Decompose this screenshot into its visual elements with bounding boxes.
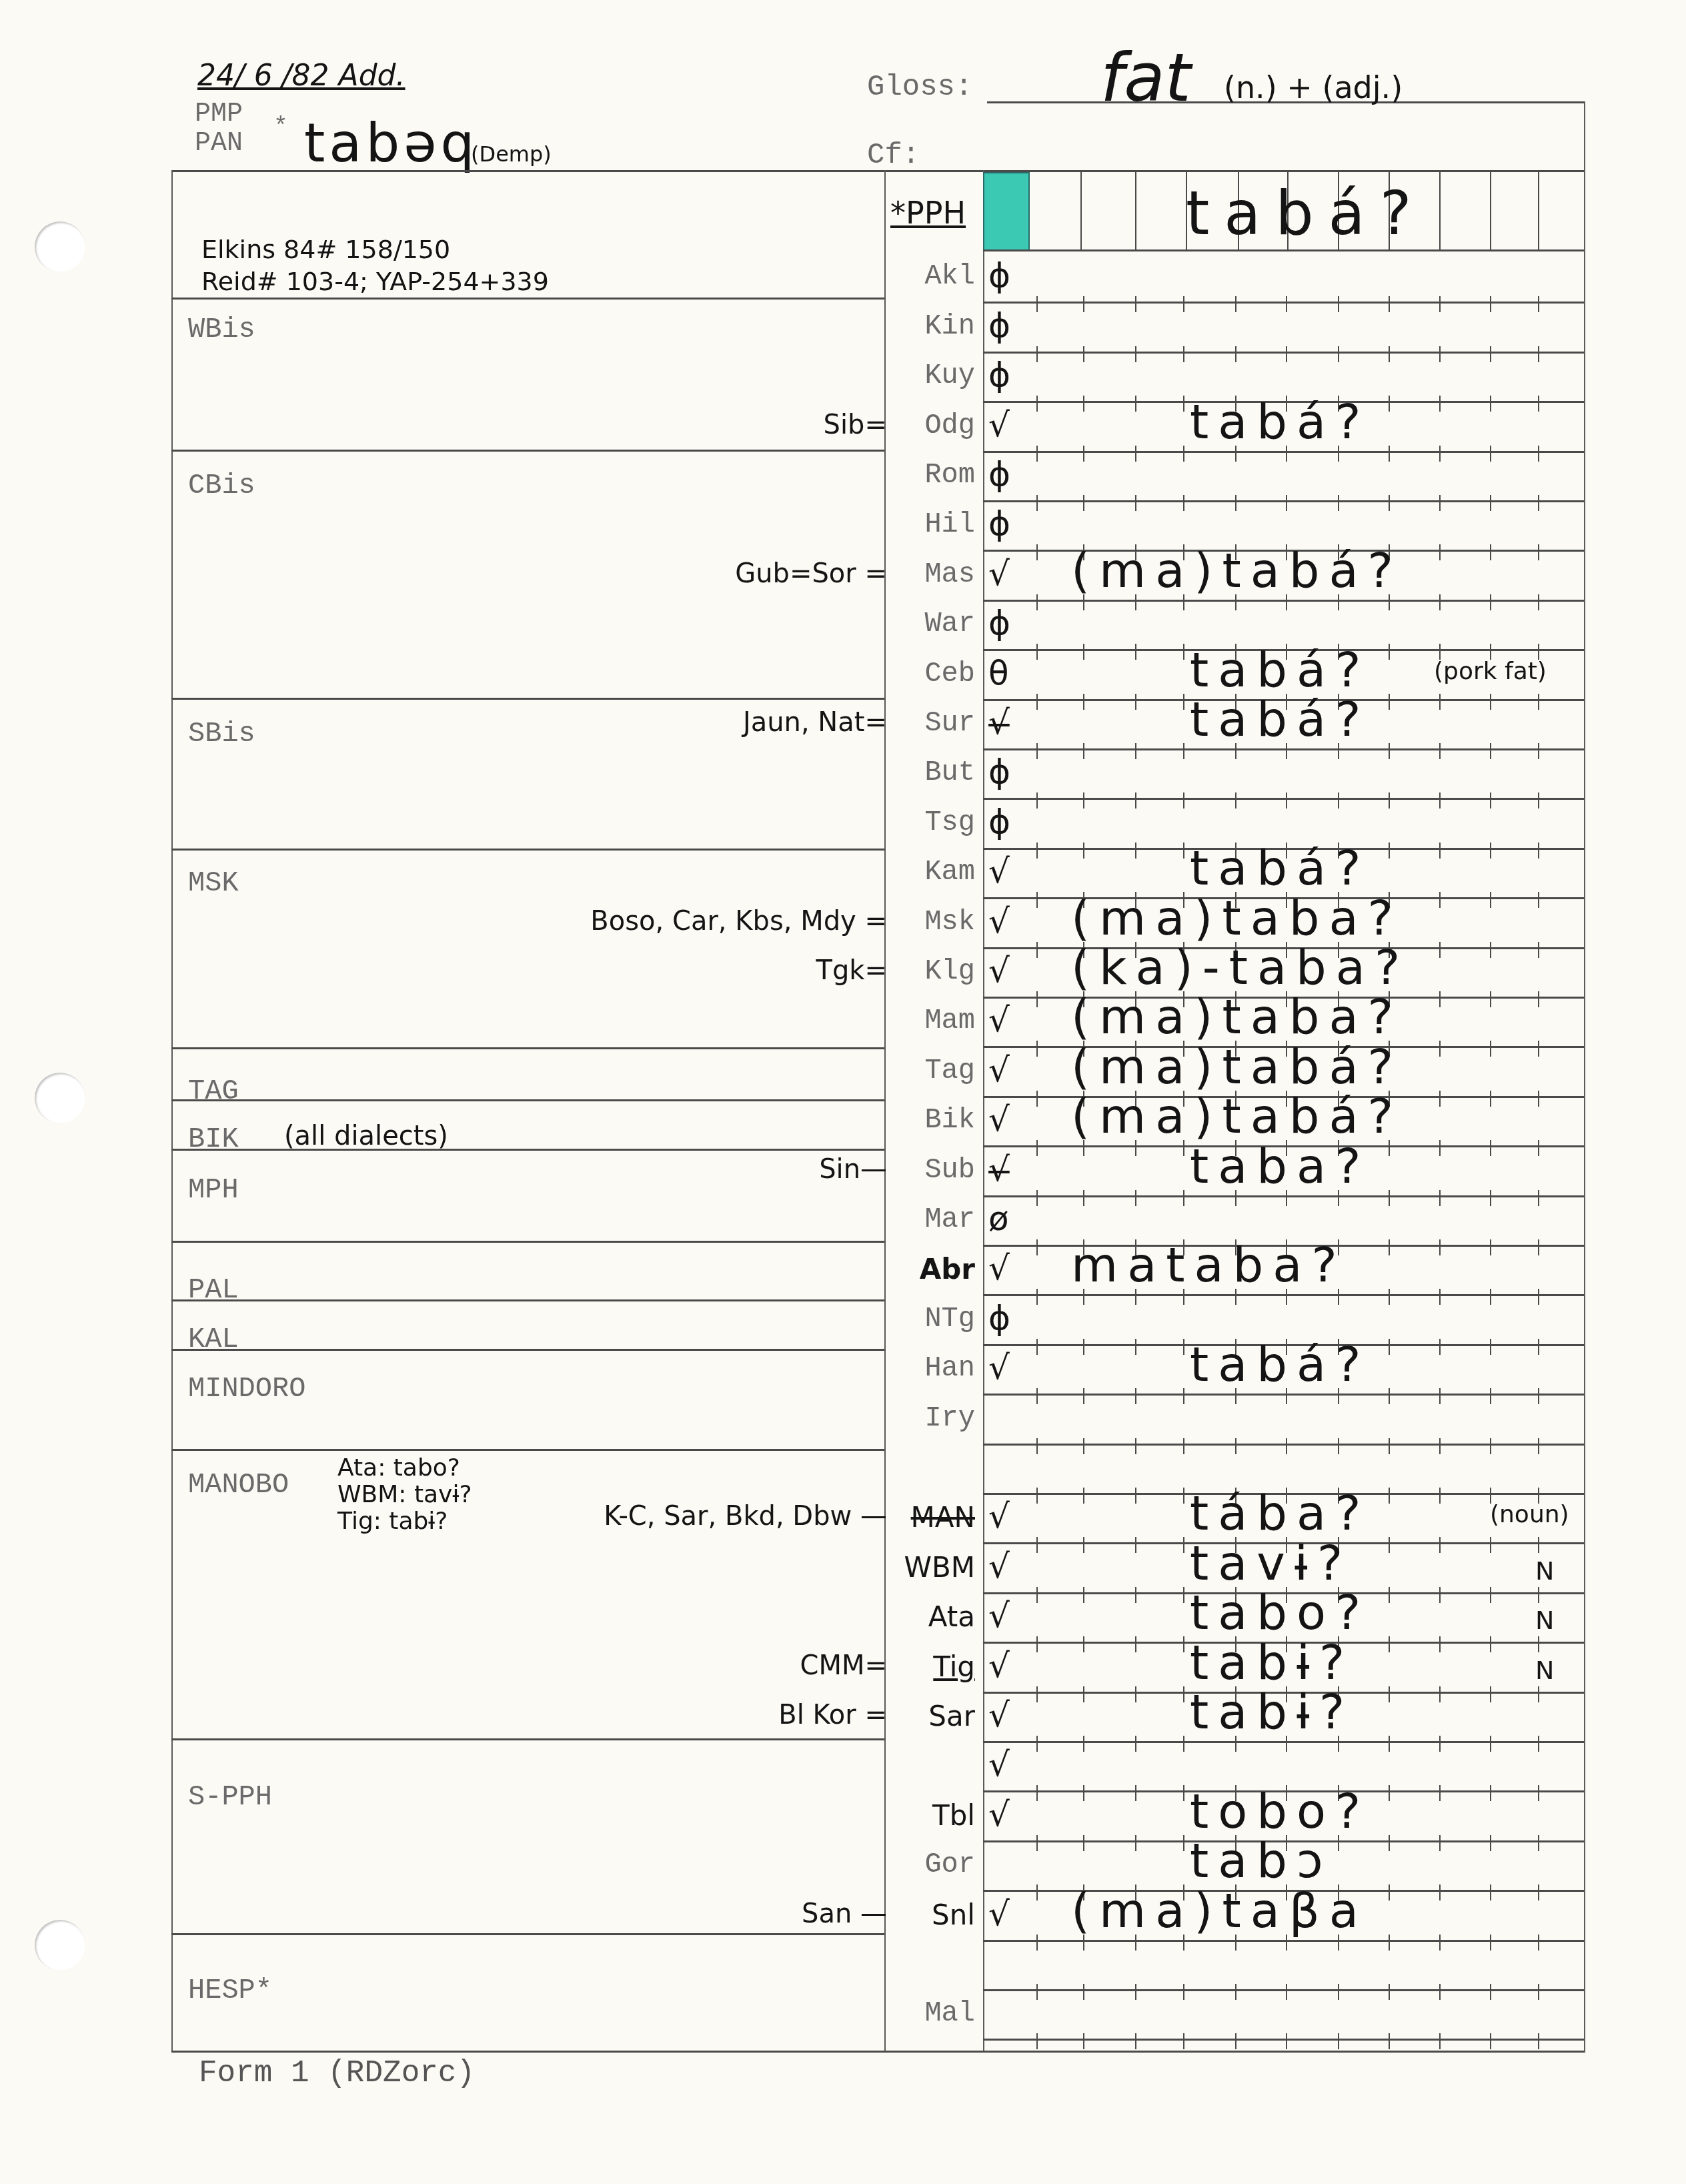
- row-tick: [1490, 1339, 1491, 1355]
- row-tick: [1490, 396, 1491, 412]
- row-tick: [1439, 1190, 1441, 1206]
- row-tick: [1183, 1488, 1184, 1504]
- cognate-mark: ϕ: [988, 802, 1010, 841]
- row-tick: [1389, 1984, 1390, 2000]
- row-tick: [1036, 1984, 1038, 2000]
- form-footer: Form 1 (RDZorc): [199, 2056, 475, 2091]
- row-tick: [1036, 1289, 1038, 1305]
- language-code: Iry: [875, 1402, 975, 1434]
- reference-line-1: Elkins 84# 158/150: [201, 235, 450, 264]
- row-tick: [1183, 346, 1184, 362]
- proto-label: *PPH: [890, 195, 966, 231]
- row-tick: [1490, 743, 1491, 759]
- row-tick: [1183, 2033, 1184, 2049]
- row-tick: [1490, 694, 1491, 710]
- language-code: Odg: [875, 410, 975, 442]
- row-tick: [1083, 2033, 1084, 2049]
- language-code: Ata: [875, 1600, 975, 1633]
- row-tick: [1338, 1984, 1339, 2000]
- row-tick: [1490, 1935, 1491, 1951]
- row-tick: [1389, 1736, 1390, 1752]
- reflex-form: tabá?: [1190, 840, 1370, 896]
- row-tick: [1538, 1537, 1539, 1553]
- row-line: [983, 451, 1584, 453]
- cf-label: Cf:: [867, 139, 920, 172]
- binder-hole-top: [35, 221, 85, 272]
- row-tick: [1389, 1884, 1390, 1900]
- row-tick: [1083, 694, 1084, 710]
- row-tick: [1338, 495, 1339, 511]
- row-tick: [1490, 1785, 1491, 1801]
- row-tick: [1490, 1091, 1491, 1107]
- cognate-mark: ϕ: [988, 455, 1010, 494]
- cognate-mark: θ: [988, 654, 1009, 692]
- row-tick: [1490, 544, 1491, 560]
- row-tick: [1135, 1587, 1136, 1603]
- row-tick: [1490, 1239, 1491, 1255]
- language-code: Abr: [875, 1253, 975, 1285]
- row-tick: [1235, 346, 1236, 362]
- row-tick: [1036, 991, 1038, 1007]
- row-tick: [1135, 396, 1136, 412]
- row-tick: [1490, 792, 1491, 808]
- level-pmp: PMP: [195, 101, 243, 128]
- row-tick: [1439, 446, 1441, 462]
- dialect-note: Jaun, Nat=: [20, 707, 887, 738]
- row-tick: [1286, 296, 1287, 312]
- language-code: Tig: [875, 1650, 975, 1683]
- section-label: TAG: [188, 1075, 239, 1107]
- row-tick: [1286, 1438, 1287, 1454]
- dialect-note: Tgk=: [20, 955, 887, 986]
- row-tick: [1036, 346, 1038, 362]
- row-tick: [1183, 1785, 1184, 1801]
- row-tick: [1439, 942, 1441, 958]
- row-tick: [1490, 1884, 1491, 1900]
- row-tick: [1036, 843, 1038, 859]
- row-tick: [1538, 1140, 1539, 1156]
- row-tick: [1036, 1041, 1038, 1057]
- cognate-mark: ø: [988, 1199, 1009, 1238]
- form-right-border: [1584, 101, 1585, 2053]
- row-tick: [1135, 296, 1136, 312]
- row-tick: [1439, 694, 1441, 710]
- row-tick: [1036, 1935, 1038, 1951]
- row-tick: [1183, 1984, 1184, 2000]
- row-tick: [1036, 1686, 1038, 1702]
- row-tick: [1183, 792, 1184, 808]
- language-code: Sar: [875, 1700, 975, 1732]
- dialect-note: San —: [20, 1898, 887, 1929]
- reflex-note: (noun): [1490, 1501, 1569, 1528]
- row-tick: [1439, 346, 1441, 362]
- dialect-note: Sin—: [20, 1154, 887, 1185]
- row-tick: [1083, 792, 1084, 808]
- language-code: Mam: [875, 1005, 975, 1037]
- row-tick: [1036, 1388, 1038, 1404]
- row-tick: [1083, 843, 1084, 859]
- row-tick: [1490, 1289, 1491, 1305]
- row-tick: [1538, 1835, 1539, 1851]
- row-tick: [1439, 792, 1441, 808]
- row-tick: [1036, 1785, 1038, 1801]
- row-tick: [1538, 1041, 1539, 1057]
- section-label: CBis: [188, 470, 255, 502]
- row-tick: [1286, 792, 1287, 808]
- row-tick: [1135, 346, 1136, 362]
- row-tick: [1389, 1190, 1390, 1206]
- reflex-form: tába?: [1190, 1485, 1370, 1541]
- cognate-mark: √̶: [988, 1150, 1010, 1189]
- row-tick: [1286, 2033, 1287, 2049]
- row-tick: [1439, 1140, 1441, 1156]
- row-tick: [1389, 495, 1390, 511]
- row-tick: [1538, 1289, 1539, 1305]
- row-tick: [1083, 1686, 1084, 1702]
- section-divider: [171, 1449, 884, 1451]
- dialect-note: Bl Kor =: [20, 1700, 887, 1730]
- row-tick: [1036, 1438, 1038, 1454]
- highlight-marker: [983, 172, 1030, 251]
- row-tick: [1439, 1935, 1441, 1951]
- row-tick: [1183, 446, 1184, 462]
- language-code: NTg: [875, 1303, 975, 1335]
- section-divider: [171, 1349, 884, 1351]
- row-tick: [1135, 694, 1136, 710]
- cognate-mark: √: [988, 1051, 1010, 1089]
- row-tick: [1036, 495, 1038, 511]
- row-tick: [1286, 495, 1287, 511]
- row-tick: [1389, 1438, 1390, 1454]
- row-line: [983, 500, 1584, 502]
- row-tick: [1538, 1239, 1539, 1255]
- section-divider: [171, 450, 884, 452]
- language-code: MAN: [875, 1501, 975, 1534]
- reflex-form: tabɨ?: [1190, 1684, 1354, 1740]
- row-tick: [1389, 346, 1390, 362]
- form-left-border: [171, 170, 173, 2051]
- binder-hole-middle: [35, 1073, 85, 1123]
- row-tick: [1036, 1091, 1038, 1107]
- row-tick: [1235, 2033, 1236, 2049]
- reflex-form: tabo?: [1190, 1584, 1370, 1640]
- language-code: Han: [875, 1352, 975, 1384]
- row-tick: [1389, 1388, 1390, 1404]
- cognate-mark: √: [988, 951, 1010, 990]
- row-tick: [1135, 1686, 1136, 1702]
- row-tick: [1538, 1984, 1539, 2000]
- cognate-mark: ϕ: [988, 752, 1010, 791]
- row-tick: [1389, 1339, 1390, 1355]
- reflex-form: tabá?: [1190, 1336, 1370, 1392]
- section-divider: [171, 1933, 884, 1935]
- row-tick: [1286, 1984, 1287, 2000]
- row-tick: [1538, 792, 1539, 808]
- cognate-mark: ϕ: [988, 504, 1010, 543]
- row-tick: [1338, 296, 1339, 312]
- row-tick: [1389, 743, 1390, 759]
- row-tick: [1135, 843, 1136, 859]
- row-tick: [1389, 396, 1390, 412]
- row-tick: [1183, 1438, 1184, 1454]
- language-code: War: [875, 608, 975, 640]
- row-tick: [1490, 1587, 1491, 1603]
- row-tick: [1389, 843, 1390, 859]
- row-tick: [1135, 1339, 1136, 1355]
- row-tick: [1036, 694, 1038, 710]
- language-code: Tsg: [875, 806, 975, 839]
- reflex-form: (ma)taba?: [1071, 989, 1403, 1045]
- row-tick: [1490, 1736, 1491, 1752]
- pph-cell-divider: [1439, 172, 1441, 251]
- manobo-note: Ata: tabo?: [337, 1454, 460, 1482]
- row-tick: [1439, 1239, 1441, 1255]
- row-tick: [1036, 1835, 1038, 1851]
- reflex-form: tabɨ?: [1190, 1634, 1354, 1690]
- language-code: Snl: [875, 1898, 975, 1931]
- row-tick: [1338, 1438, 1339, 1454]
- cognate-mark: ϕ: [988, 1299, 1010, 1337]
- language-code: Hil: [875, 508, 975, 540]
- dialect-note: Boso, Car, Kbs, Mdy =: [20, 906, 887, 937]
- row-tick: [1286, 346, 1287, 362]
- row-tick: [1135, 1438, 1136, 1454]
- row-tick: [1439, 1587, 1441, 1603]
- reflex-form: tobo?: [1190, 1783, 1370, 1839]
- row-tick: [1538, 694, 1539, 710]
- language-code: Gor: [875, 1848, 975, 1880]
- row-tick: [1083, 446, 1084, 462]
- reflex-form: (ma)tabá?: [1071, 1039, 1403, 1095]
- row-tick: [1389, 694, 1390, 710]
- section-divider: [171, 698, 884, 700]
- row-tick: [1389, 644, 1390, 660]
- row-tick: [1036, 296, 1038, 312]
- reflex-form: (ma)tabá?: [1071, 542, 1403, 598]
- row-tick: [1135, 1835, 1136, 1851]
- pph-cell-divider: [1135, 172, 1136, 251]
- dialect-note: K-C, Sar, Bkd, Dbw —: [20, 1501, 887, 1532]
- row-tick: [1389, 1636, 1390, 1652]
- reflex-form: tabá?: [1190, 691, 1370, 747]
- row-tick: [1490, 1686, 1491, 1702]
- row-tick: [1183, 843, 1184, 859]
- row-tick: [1490, 1537, 1491, 1553]
- row-tick: [1439, 1636, 1441, 1652]
- cognate-mark: √: [988, 554, 1010, 593]
- section-label: MINDORO: [188, 1373, 305, 1405]
- row-tick: [1538, 1736, 1539, 1752]
- row-tick: [1538, 743, 1539, 759]
- row-tick: [1439, 892, 1441, 908]
- row-tick: [1439, 1041, 1441, 1057]
- row-tick: [1235, 792, 1236, 808]
- row-tick: [1490, 1140, 1491, 1156]
- row-tick: [1036, 792, 1038, 808]
- row-tick: [1538, 1935, 1539, 1951]
- row-tick: [1036, 1339, 1038, 1355]
- gloss-pos: (n.) + (adj.): [1224, 69, 1403, 105]
- reflex-note: N: [1535, 1556, 1554, 1586]
- row-tick: [1083, 743, 1084, 759]
- row-tick: [1439, 1736, 1441, 1752]
- row-tick: [1036, 644, 1038, 660]
- section-label: MANOBO: [188, 1469, 289, 1501]
- section-divider: [171, 1241, 884, 1243]
- row-tick: [1538, 544, 1539, 560]
- row-tick: [1036, 544, 1038, 560]
- row-tick: [1490, 843, 1491, 859]
- row-tick: [1183, 495, 1184, 511]
- pph-row-bottom: [983, 249, 1584, 251]
- row-tick: [1389, 1587, 1390, 1603]
- reflex-form: (ma)taβa: [1071, 1882, 1368, 1939]
- gloss-value: fat: [1100, 39, 1191, 117]
- row-tick: [1538, 892, 1539, 908]
- row-tick: [1083, 346, 1084, 362]
- row-tick: [1389, 792, 1390, 808]
- cognate-mark: ϕ: [988, 356, 1010, 394]
- pph-cell-divider: [1538, 172, 1539, 251]
- row-line: [983, 2039, 1584, 2041]
- language-code: Sur: [875, 707, 975, 739]
- reflex-note: N: [1535, 1656, 1554, 1685]
- row-tick: [1439, 1785, 1441, 1801]
- gloss-label: Gloss:: [867, 71, 972, 104]
- row-tick: [1439, 1835, 1441, 1851]
- row-tick: [1389, 1785, 1390, 1801]
- row-tick: [1389, 1686, 1390, 1702]
- row-tick: [1083, 1636, 1084, 1652]
- row-tick: [1183, 1835, 1184, 1851]
- row-tick: [1490, 1388, 1491, 1404]
- language-code: Klg: [875, 955, 975, 987]
- row-tick: [1538, 1190, 1539, 1206]
- row-tick: [1183, 743, 1184, 759]
- row-tick: [1338, 792, 1339, 808]
- row-tick: [1135, 2033, 1136, 2049]
- row-tick: [1439, 594, 1441, 610]
- row-tick: [1083, 1984, 1084, 2000]
- row-line: [983, 352, 1584, 354]
- row-tick: [1036, 743, 1038, 759]
- row-tick: [1036, 1537, 1038, 1553]
- cognate-mark: √: [988, 1497, 1010, 1536]
- language-code: Akl: [875, 260, 975, 292]
- row-tick: [1490, 1984, 1491, 2000]
- row-line: [983, 798, 1584, 800]
- row-tick: [1538, 396, 1539, 412]
- row-line: [983, 1294, 1584, 1296]
- row-tick: [1235, 1984, 1236, 2000]
- row-tick: [1538, 1438, 1539, 1454]
- row-tick: [1439, 991, 1441, 1007]
- row-tick: [1439, 743, 1441, 759]
- row-tick: [1538, 1587, 1539, 1603]
- row-tick: [1036, 396, 1038, 412]
- dialect-note: Gub=Sor =: [20, 558, 887, 589]
- language-code: Ceb: [875, 658, 975, 690]
- row-tick: [1439, 1388, 1441, 1404]
- row-tick: [1439, 1289, 1441, 1305]
- row-tick: [1183, 1686, 1184, 1702]
- section-divider: [171, 1047, 884, 1049]
- row-tick: [1036, 1140, 1038, 1156]
- row-line: [983, 1989, 1584, 1991]
- reflex-form: tabá?: [1190, 394, 1370, 450]
- row-tick: [1083, 1339, 1084, 1355]
- cognate-mark: √: [988, 406, 1010, 444]
- row-tick: [1439, 843, 1441, 859]
- row-tick: [1183, 1339, 1184, 1355]
- reflex-note: N: [1535, 1606, 1554, 1635]
- row-tick: [1538, 346, 1539, 362]
- row-tick: [1183, 1587, 1184, 1603]
- row-tick: [1135, 792, 1136, 808]
- row-line: [983, 1195, 1584, 1197]
- language-code: Kuy: [875, 360, 975, 392]
- reflex-form: (ma)taba?: [1071, 890, 1403, 946]
- reflex-form: tabɔ: [1190, 1832, 1333, 1888]
- section-divider: [171, 1149, 884, 1151]
- row-tick: [1235, 296, 1236, 312]
- reflex-form: mataba?: [1071, 1237, 1347, 1293]
- row-tick: [1389, 1537, 1390, 1553]
- row-tick: [1389, 1835, 1390, 1851]
- dialect-note: CMM=: [20, 1650, 887, 1681]
- reflex-form: (ka)-taba?: [1071, 939, 1409, 995]
- row-tick: [1135, 1736, 1136, 1752]
- proto-form: tabá?: [1186, 179, 1427, 249]
- cognate-mark: ϕ: [988, 256, 1010, 295]
- row-tick: [1389, 1289, 1390, 1305]
- cognate-mark: √: [988, 1348, 1010, 1387]
- level-pan: PAN: [195, 131, 243, 157]
- row-tick: [1036, 1239, 1038, 1255]
- row-tick: [1538, 843, 1539, 859]
- row-tick: [1389, 296, 1390, 312]
- row-tick: [1538, 991, 1539, 1007]
- cognate-mark: ϕ: [988, 604, 1010, 642]
- row-tick: [1036, 1190, 1038, 1206]
- row-tick: [1538, 1884, 1539, 1900]
- row-tick: [1135, 644, 1136, 660]
- row-tick: [1389, 1239, 1390, 1255]
- row-tick: [1439, 296, 1441, 312]
- row-tick: [1538, 1388, 1539, 1404]
- row-tick: [1338, 2033, 1339, 2049]
- row-tick: [1135, 495, 1136, 511]
- row-tick: [1389, 1488, 1390, 1504]
- language-code: Mal: [875, 1997, 975, 2029]
- row-tick: [1538, 296, 1539, 312]
- row-tick: [1183, 1736, 1184, 1752]
- row-tick: [1036, 1736, 1038, 1752]
- reflex-form: taba?: [1190, 1138, 1370, 1194]
- cognate-mark: √: [988, 1547, 1010, 1586]
- row-tick: [1439, 1488, 1441, 1504]
- row-tick: [1538, 942, 1539, 958]
- row-tick: [1083, 1488, 1084, 1504]
- row-tick: [1183, 1190, 1184, 1206]
- row-tick: [1490, 1636, 1491, 1652]
- cognate-mark: √: [988, 1249, 1010, 1287]
- row-tick: [1135, 1785, 1136, 1801]
- language-code: Sub: [875, 1154, 975, 1186]
- row-tick: [1439, 1091, 1441, 1107]
- row-tick: [1490, 1835, 1491, 1851]
- row-tick: [1439, 1686, 1441, 1702]
